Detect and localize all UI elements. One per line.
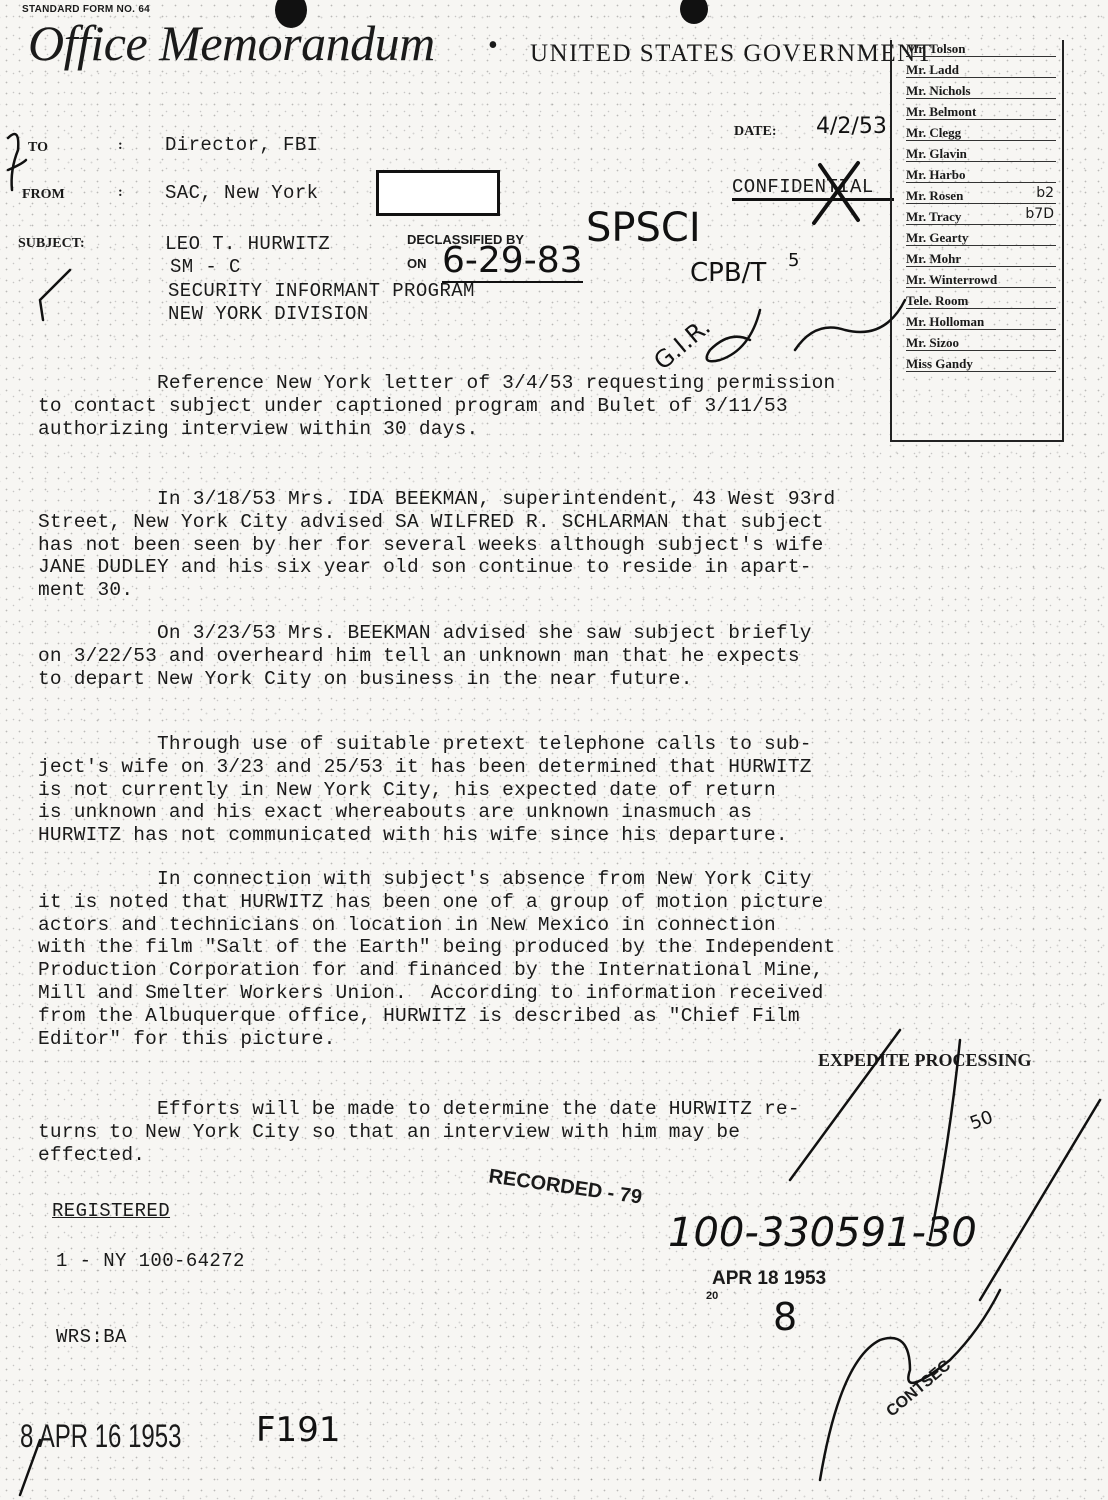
routing-item: Mr. Glavin xyxy=(906,147,1056,162)
body-paragraph: Through use of suitable pretext telephon… xyxy=(38,733,1048,847)
received-handwritten: F191 xyxy=(256,1410,340,1450)
routing-item: Mr. Rosenb2 xyxy=(906,189,1056,204)
expedite-stamp: EXPEDITE PROCESSING xyxy=(818,1050,1032,1071)
to-colon: : xyxy=(118,138,123,154)
routing-item: Mr. Mohr xyxy=(906,252,1056,267)
indexed-date-stamp: APR 18 1953 xyxy=(712,1268,826,1290)
declassified-by-value: SPSCI xyxy=(586,205,701,251)
routing-item: Mr. Clegg xyxy=(906,126,1056,141)
copy-line: 1 - NY 100-64272 xyxy=(56,1250,245,1272)
body-paragraph: Reference New York letter of 3/4/53 requ… xyxy=(38,372,1048,440)
declassification-number: 5 xyxy=(788,250,799,271)
registered-label: REGISTERED xyxy=(52,1200,170,1222)
subject-line-3: SECURITY INFORMANT PROGRAM xyxy=(168,280,475,302)
from-value: SAC, New York xyxy=(165,182,318,204)
routing-item: Mr. Harbo xyxy=(906,168,1056,183)
recorded-stamp: RECORDED - 79 xyxy=(487,1165,643,1209)
indexed-handwritten: 8 xyxy=(773,1295,797,1339)
routing-item: Mr. Winterrowd xyxy=(906,273,1056,288)
subject-label: SUBJECT: xyxy=(18,236,85,252)
date-value: 4/2/53 xyxy=(816,114,887,139)
date-label: DATE: xyxy=(734,124,777,140)
routing-item: Tele. Room xyxy=(906,294,1056,309)
routing-item: Mr. Tolson xyxy=(906,42,1056,57)
body-paragraph: On 3/23/53 Mrs. BEEKMAN advised she saw … xyxy=(38,622,1048,690)
received-date-stamp: 8 APR 16 1953 xyxy=(20,1418,181,1455)
government-heading: UNITED STATES GOVERNMENT xyxy=(530,40,933,68)
redaction-box xyxy=(376,170,500,216)
declassified-on-label: ON xyxy=(407,256,427,271)
routing-item: Miss Gandy xyxy=(906,357,1056,372)
body-paragraph: In connection with subject's absence fro… xyxy=(38,868,1048,1050)
subject-line-1: LEO T. HURWITZ xyxy=(165,233,330,255)
bottom-stamp: CONTSEC xyxy=(883,1357,955,1421)
declassified-on-value: 6-29-83 xyxy=(442,240,583,283)
typist-initials: WRS:BA xyxy=(56,1326,127,1348)
routing-item: Mr. Holloman xyxy=(906,315,1056,330)
routing-item: Mr. Gearty xyxy=(906,231,1056,246)
routing-item: Mr. Belmont xyxy=(906,105,1056,120)
routing-item: Mr. Ladd xyxy=(906,63,1056,78)
classification: CONFIDENTIAL xyxy=(732,176,894,201)
routing-item: Mr. Sizoo xyxy=(906,336,1056,351)
body-paragraph: Efforts will be made to determine the da… xyxy=(38,1098,1048,1166)
routing-item: Mr. Tracyb7D xyxy=(906,210,1056,225)
to-value: Director, FBI xyxy=(165,134,318,156)
punch-hole xyxy=(680,0,708,24)
title-separator: • xyxy=(488,30,498,62)
file-number: 100-330591-30 xyxy=(668,1210,977,1256)
from-label: FROM xyxy=(22,187,65,203)
subject-line-2: SM - C xyxy=(170,256,241,278)
memo-title: Office Memorandum xyxy=(28,14,435,72)
indexed-prefix: 20 xyxy=(706,1290,718,1302)
declassification-annotation: CPB/T xyxy=(690,258,766,288)
routing-item: Mr. Nichols xyxy=(906,84,1056,99)
body-paragraph: In 3/18/53 Mrs. IDA BEEKMAN, superintend… xyxy=(38,488,1048,602)
to-label: TO xyxy=(28,140,48,156)
subject-line-4: NEW YORK DIVISION xyxy=(168,303,369,325)
from-colon: : xyxy=(118,185,123,201)
gir-annotation: G.I.R. xyxy=(649,313,716,376)
